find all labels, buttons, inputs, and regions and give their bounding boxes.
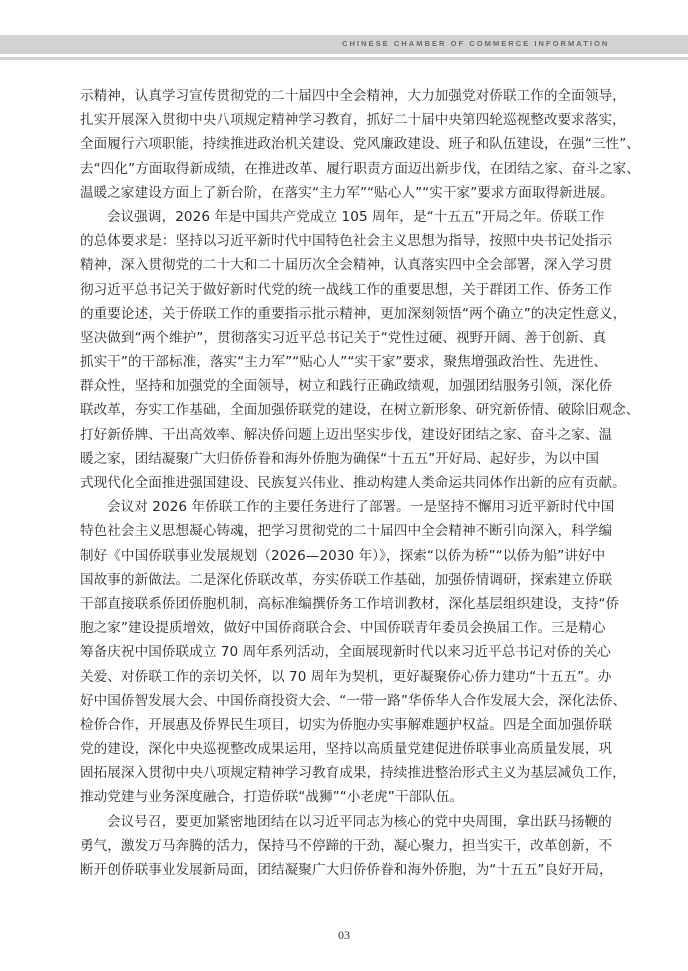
text-line: 勇气，激发万马奔腾的活力，保持马不停蹄的干劲，凝心聚力，担当实干，改革创新，不 — [80, 834, 688, 858]
text-line: 检侨合作，开展惠及侨界民生项目，切实为侨胞办实事解难题护权益。四是全面加强侨联 — [80, 713, 688, 737]
text-line: 打好新侨牌、干出高效率、解决侨问题上迈出坚实步伐，建设好团结之家、奋斗之家、温 — [80, 423, 688, 447]
header-divider — [0, 57, 688, 60]
paragraph-first-line: 会议强调，2026 年是中国共产党成立 105 周年，是“十五五”开局之年。侨联… — [80, 205, 688, 229]
text-line: 暖之家，团结凝聚广大归侨侨眷和海外侨胞为确保“十五五”开好局、起好步，为以中国 — [80, 447, 688, 471]
text-line: 制好《中国侨联事业发展规划（2026—2030 年）》，探索“以侨为桥”“以侨为… — [80, 544, 688, 568]
text-line: 胞之家”建设提质增效，做好中国侨商联合会、中国侨联青年委员会换届工作。三是精心 — [80, 616, 688, 640]
text-line: 联改革，夯实工作基础，全面加强侨联党的建设，在树立新形象、研究新侨情、破除旧观念… — [80, 398, 688, 422]
paragraph-first-line: 会议号召，要更加紧密地团结在以习近平同志为核心的党中央周围，拿出跃马扬鞭的 — [80, 810, 688, 834]
text-line: 的重要论述，关于侨联工作的重要指示批示精神，更加深刻领悟“两个确立”的决定性意义… — [80, 302, 688, 326]
text-line: 干部直接联系侨团侨胞机制，高标准编撰侨务工作培训教材，深化基层组织建设，支持“侨 — [80, 592, 688, 616]
publication-title: CHINESE CHAMBER OF COMMERCE INFORMATION — [342, 39, 609, 48]
text-line: 国故事的新做法。二是深化侨联改革，夯实侨联工作基础，加强侨情调研，探索建立侨联 — [80, 568, 688, 592]
text-line: 式现代化全面推进强国建设、民族复兴伟业、推动构建人类命运共同体作出新的应有贡献。 — [80, 471, 688, 495]
text-line: 关爱、对侨联工作的亲切关怀，以 70 周年为契机，更好凝聚侨心侨力建功“十五五”… — [80, 665, 688, 689]
article-body: 示精神，认真学习宣传贯彻党的二十届四中全会精神，大力加强党对侨联工作的全面领导，… — [80, 84, 688, 882]
text-line: 精神，深入贯彻党的二十大和二十届历次全会精神，认真落实四中全会部署，深入学习贯 — [80, 253, 688, 277]
text-line: 群众性，坚持和加强党的全面领导，树立和践行正确政绩观，加强团结服务引领，深化侨 — [80, 374, 688, 398]
text-line: 推动党建与业务深度融合，打造侨联“战狮”“小老虎”干部队伍。 — [80, 785, 688, 809]
text-line: 筹备庆祝中国侨联成立 70 周年系列活动，全面展现新时代以来习近平总书记对侨的关… — [80, 640, 688, 664]
paragraph-first-line: 会议对 2026 年侨联工作的主要任务进行了部署。一是坚持不懈用习近平新时代中国 — [80, 495, 688, 519]
text-line: 固拓展深入贯彻中央八项规定精神学习教育成果，持续推进整治形式主义为基层减负工作， — [80, 761, 688, 785]
text-line: 党的建设，深化中央巡视整改成果运用，坚持以高质量党建促进侨联事业高质量发展，巩 — [80, 737, 688, 761]
text-line: 坚决做到“两个维护”，贯彻落实习近平总书记关于“党性过硬、视野开阔、善于创新、真 — [80, 326, 688, 350]
page-number: 03 — [0, 928, 688, 943]
text-line: 的总体要求是：坚持以习近平新时代中国特色社会主义思想为指导，按照中央书记处指示 — [80, 229, 688, 253]
text-line: 示精神，认真学习宣传贯彻党的二十届四中全会精神，大力加强党对侨联工作的全面领导， — [80, 84, 688, 108]
text-line: 彻习近平总书记关于做好新时代党的统一战线工作的重要思想，关于群团工作、侨务工作 — [80, 278, 688, 302]
text-line: 好中国侨智发展大会、中国侨商投资大会、“一带一路”华侨华人合作发展大会，深化法侨… — [80, 689, 688, 713]
text-line: 断开创侨联事业发展新局面，团结凝聚广大归侨侨眷和海外侨胞，为“十五五”良好开局， — [80, 858, 688, 882]
text-line: 扎实开展深入贯彻中央八项规定精神学习教育，抓好二十届中央第四轮巡视整改要求落实， — [80, 108, 688, 132]
text-line: 特色社会主义思想凝心铸魂，把学习贯彻党的二十届四中全会精神不断引向深入，科学编 — [80, 519, 688, 543]
text-line: 去“四化”方面取得新成绩，在推进改革、履行职责方面迈出新步伐，在团结之家、奋斗之… — [80, 157, 688, 181]
text-line: 全面履行六项职能，持续推进政治机关建设、党风廉政建设、班子和队伍建设，在强“三性… — [80, 132, 688, 156]
text-line: 温暖之家建设方面上了新台阶，在落实“主力军”“贴心人”“实干家”要求方面取得新进… — [80, 181, 688, 205]
text-line: 抓实干”的干部标准，落实“主力军”“贴心人”“实干家”要求，聚焦增强政治性、先进… — [80, 350, 688, 374]
